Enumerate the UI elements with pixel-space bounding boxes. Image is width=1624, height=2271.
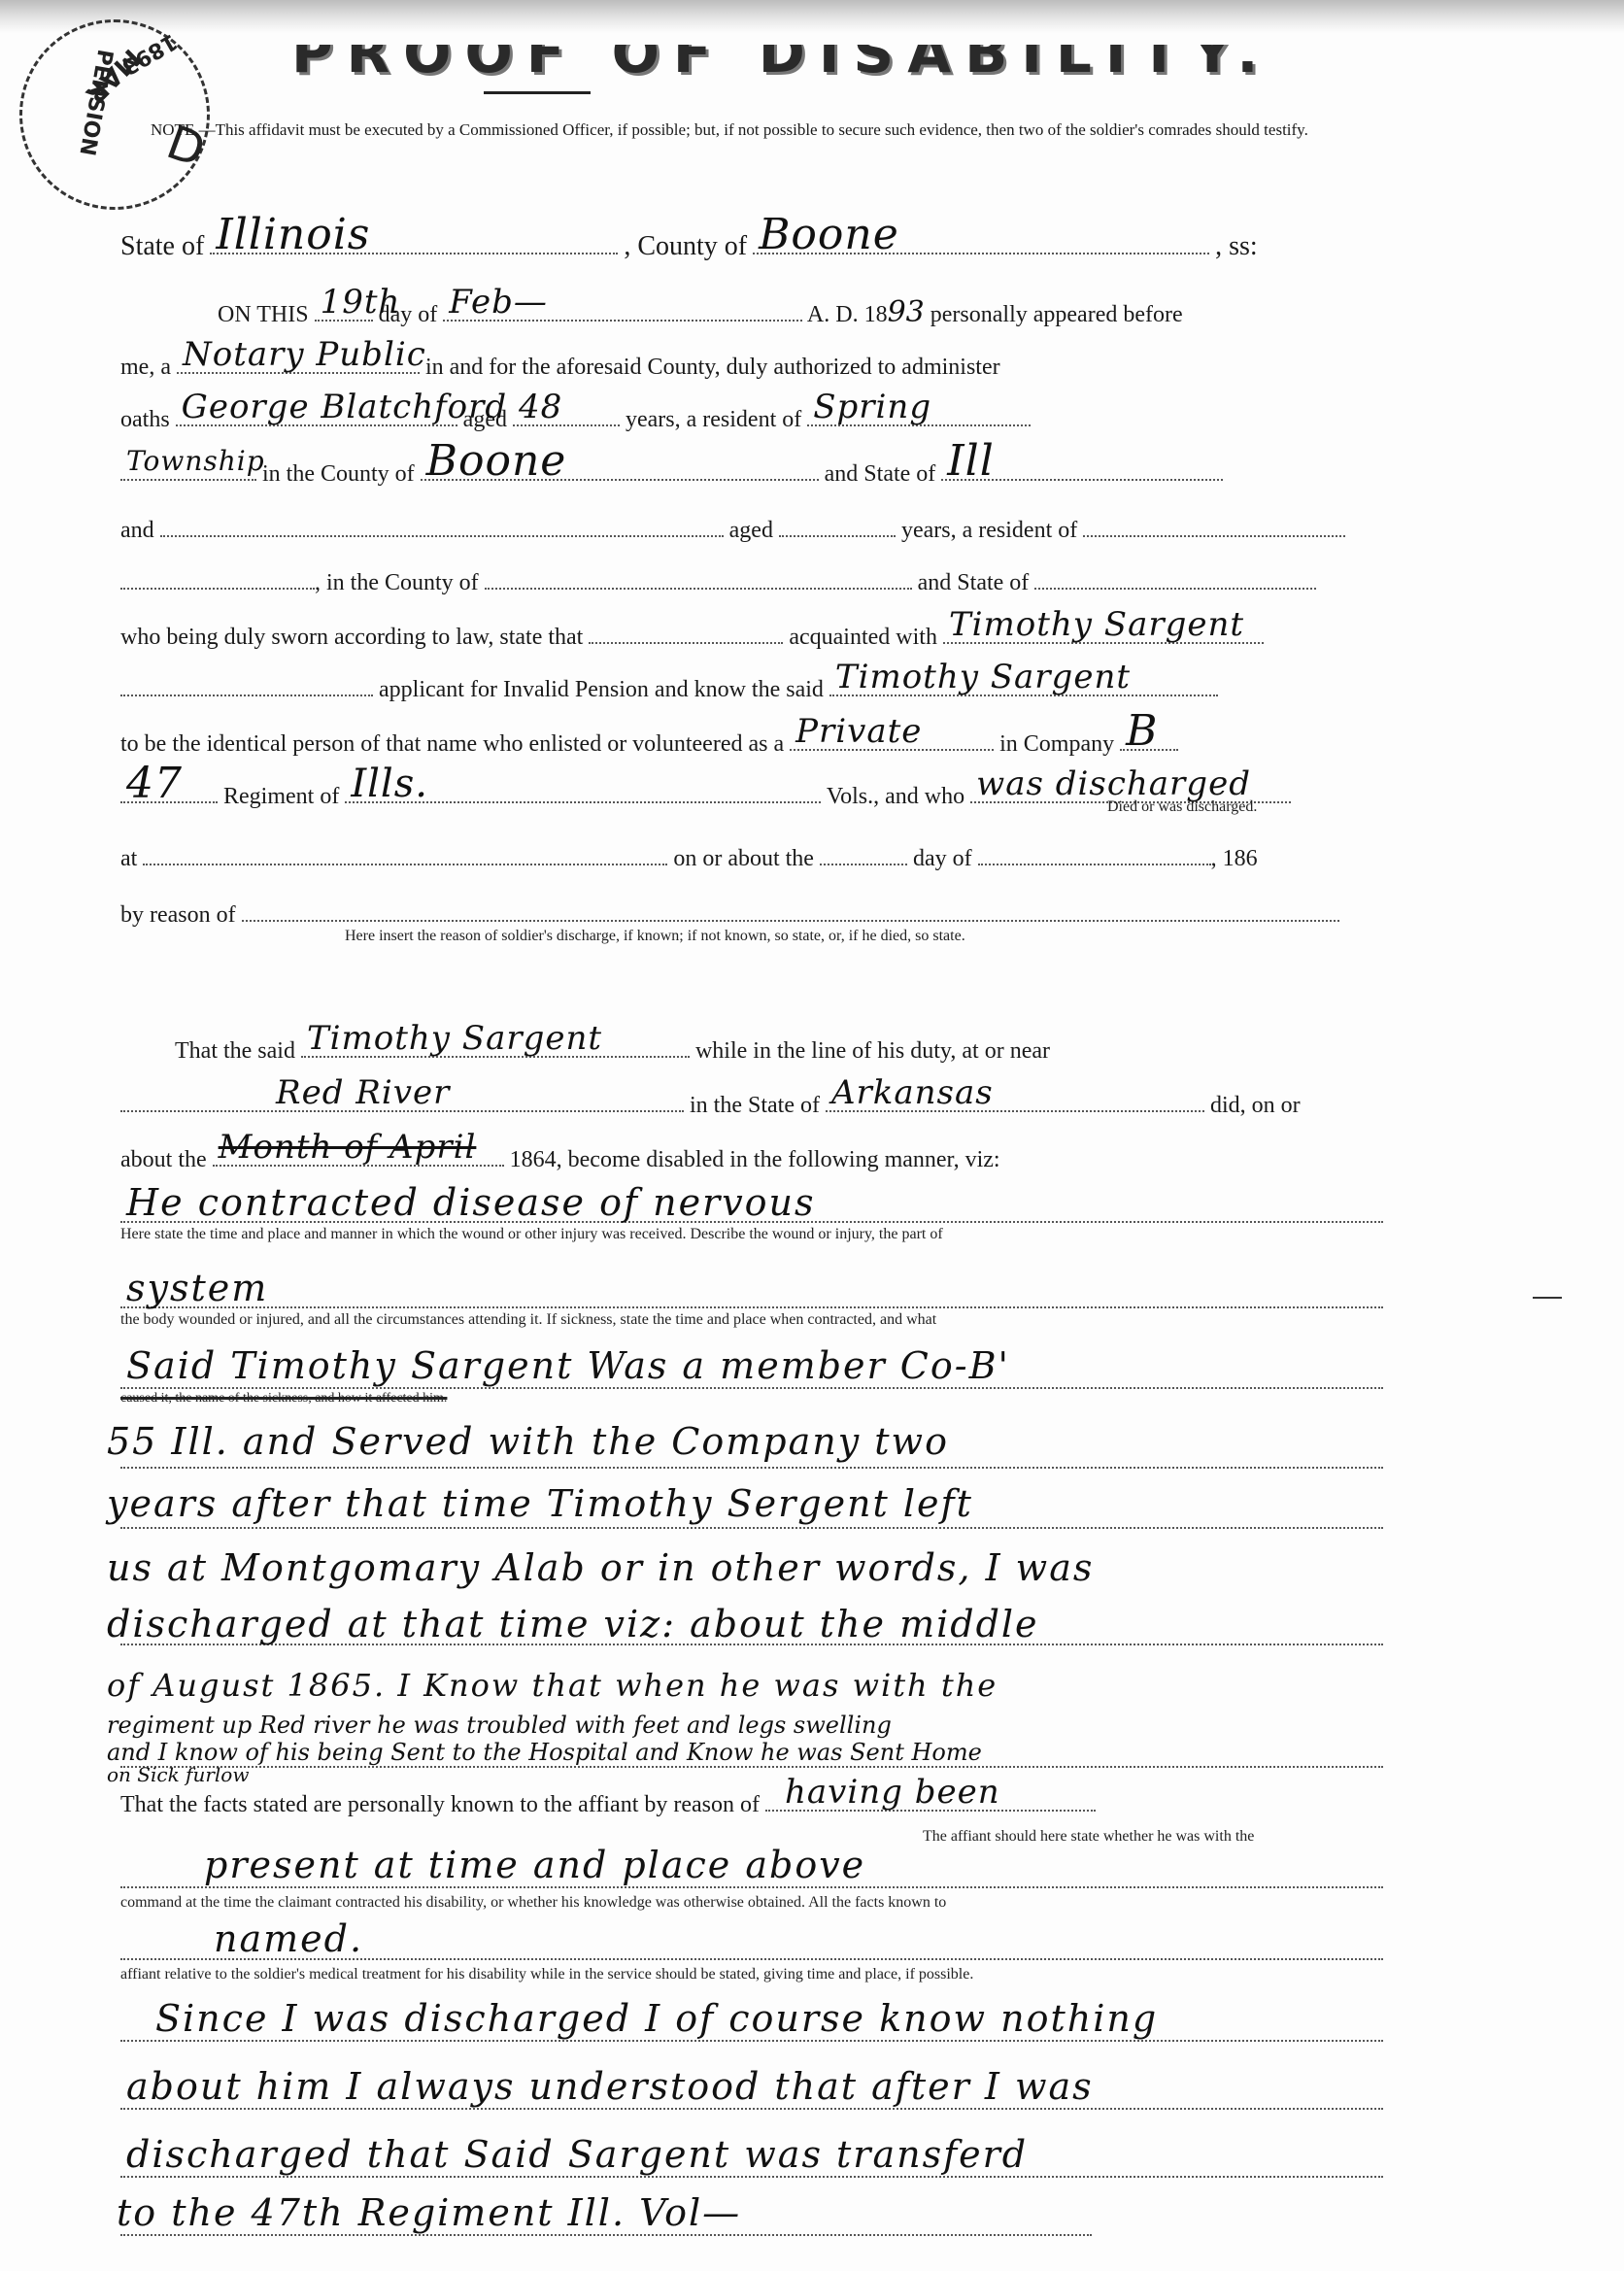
rank-value: Private — [795, 710, 922, 753]
closing-line-4: to the 47th Regiment Ill. Vol— — [117, 2191, 741, 2234]
affiant1-age: 48 — [519, 386, 562, 428]
closing-line-1: Since I was discharged I of course know … — [155, 1997, 1158, 2040]
day-value: 19th — [321, 281, 401, 323]
pension-office-stamp: PENSION MAR 1893 D — [19, 19, 210, 210]
resident-of-label: years, a resident of — [626, 407, 801, 432]
narrative-line-1: He contracted disease of nervous — [126, 1181, 816, 1224]
that-said-label: That the said — [175, 1038, 295, 1064]
affiant1-residence-field[interactable]: Spring — [807, 399, 1031, 426]
affiant2-county-field[interactable] — [485, 562, 912, 590]
narrative-line-9: regiment up Red river he was troubled wi… — [107, 1712, 892, 1739]
regiment-number-field[interactable]: 47 — [120, 776, 218, 803]
and-label: and — [120, 518, 154, 543]
and-state-of2-label: and State of — [918, 570, 1030, 595]
oaths-label: oaths — [120, 407, 170, 432]
regiment-number-value: 47 — [126, 763, 183, 805]
affiant1-county: Boone — [426, 440, 567, 483]
closing-line-3: discharged that Said Sargent was transfe… — [126, 2133, 1028, 2176]
affiant1-county-field[interactable]: Boone — [421, 454, 819, 481]
affiant1-state-field[interactable]: Ill — [941, 454, 1223, 481]
regiment-of-label: Regiment of — [223, 784, 339, 809]
place-line: Red River in the State of Arkansas did, … — [120, 1084, 1383, 1127]
become-disabled-label: , become disabled in the following manne… — [557, 1147, 1000, 1172]
narrative-rule-2 — [120, 1306, 1383, 1308]
margin-mark — [1533, 1297, 1562, 1299]
enlistment-line: to be the identical person of that name … — [120, 723, 1383, 765]
discharge-place-line: at on or about the day of , 186 — [120, 837, 1383, 880]
narrative-line-10: and I know of his being Sent to the Hosp… — [107, 1739, 982, 1766]
narrative-rule-3 — [120, 1387, 1383, 1389]
company-field[interactable]: B — [1120, 724, 1178, 751]
closing-rule-3 — [120, 2176, 1383, 2178]
acquaintance-duration-field[interactable] — [589, 617, 783, 644]
affiant1-name-field[interactable]: George Blatchford — [176, 399, 457, 426]
month-field[interactable]: Feb— — [443, 294, 802, 322]
month-value: Feb— — [449, 281, 548, 323]
knowledge-line: That the facts stated are personally kno… — [120, 1783, 1432, 1826]
regiment-state-value: Ills. — [351, 763, 428, 805]
and-state-of-label: and State of — [825, 461, 936, 487]
discharge-day-of-label: day of — [913, 846, 972, 871]
title-divider — [484, 91, 591, 94]
on-or-about-label: on or about the — [673, 846, 814, 871]
sworn-label: who being duly sworn according to law, s… — [120, 625, 583, 650]
closing-rule-1 — [120, 2040, 1383, 2042]
knowledge-field[interactable]: having been — [765, 1784, 1096, 1812]
affiant1-line: oaths George Blatchford aged 48 years, a… — [120, 398, 1383, 441]
injury-date-value: Month of April — [219, 1126, 477, 1169]
said-name-value: Timothy Sargent — [835, 656, 1131, 698]
appeared-label: personally appeared before — [930, 302, 1183, 327]
injury-hint-3-struck: caused it, the name of the sickness, and… — [120, 1391, 447, 1407]
rank-field[interactable]: Private — [790, 724, 994, 751]
in-state-of-label: in the State of — [690, 1093, 820, 1118]
affiant1-name: George Blatchford — [182, 386, 508, 428]
date-line: ON THIS 19th day of Feb— A. D. 1893 pers… — [218, 291, 1383, 334]
me-a-label: me, a — [120, 355, 171, 380]
narrative-line-2: system — [126, 1267, 268, 1309]
vols-label: Vols., and who — [827, 784, 964, 809]
stamp-year-text: 1893 — [118, 28, 182, 79]
injury-place-value: Red River — [276, 1071, 450, 1114]
affiant2-county-line: , in the County of and State of — [120, 561, 1383, 604]
affiant1-state: Ill — [947, 440, 995, 483]
officer-field[interactable]: Notary Public — [177, 347, 420, 374]
closing-rule-4 — [120, 2234, 1092, 2236]
injury-state-value: Arkansas — [831, 1071, 994, 1114]
affidavit-page: PENSION MAR 1893 D PROOF OF DISABILITY. … — [0, 0, 1624, 2271]
affiant2-line: and aged years, a resident of — [120, 509, 1383, 552]
injury-place-field[interactable]: Red River — [120, 1085, 684, 1112]
did-on-or-label: did, on or — [1210, 1093, 1301, 1118]
officer-value: Notary Public — [183, 333, 426, 376]
discharge-month-field[interactable] — [978, 838, 1211, 865]
disabled-name-field[interactable]: Timothy Sargent — [301, 1031, 690, 1058]
affiant2-age-field[interactable] — [779, 510, 896, 537]
about-the-label: about the — [120, 1147, 207, 1172]
acquainted-label: acquainted with — [789, 625, 937, 650]
narrative-line-3: Said Timothy Sargent Was a member Co-B' — [126, 1344, 1010, 1387]
resident-of2-label: years, a resident of — [901, 518, 1077, 543]
injury-year: 1864 — [510, 1147, 557, 1172]
narrative-line-6: us at Montgomary Alab or in other words,… — [107, 1546, 1094, 1589]
ad-label: A. D. 18 — [807, 302, 888, 327]
ss-label: , ss: — [1215, 231, 1258, 261]
affiant1-county-line: Township in the County of Boone and Stat… — [120, 453, 1383, 495]
on-this-label: ON THIS — [218, 302, 309, 327]
narrative-rule-10 — [120, 1766, 1383, 1768]
knowledge-value-3: named. — [214, 1917, 363, 1960]
applicant-label: applicant for Invalid Pension and know t… — [379, 677, 824, 702]
acquainted-value: Timothy Sargent — [949, 603, 1244, 646]
company-value: B — [1126, 710, 1158, 753]
narrative-line-5: years after that time Timothy Sergent le… — [107, 1482, 973, 1525]
knowledge-rule-2 — [120, 1886, 1383, 1888]
in-county-of2-label: , in the County of — [315, 570, 479, 595]
knowledge-hint-1: The affiant should here state whether he… — [923, 1828, 1254, 1846]
applicant-prefix-field[interactable] — [120, 669, 373, 696]
reason-field[interactable] — [242, 895, 1339, 922]
injury-date-line: about the Month of April 1864, become di… — [120, 1138, 1383, 1181]
reason-hint: Here insert the reason of soldier's disc… — [345, 928, 965, 945]
narrative-rule-5 — [120, 1527, 1383, 1529]
knowledge-hint-2: command at the time the claimant contrac… — [120, 1894, 946, 1912]
affiant2-state-field[interactable] — [1034, 562, 1316, 590]
narrative-line-4: 55 Ill. and Served with the Company two — [107, 1420, 949, 1463]
affiant1-township: Township — [126, 440, 265, 483]
scan-smudge — [0, 0, 1624, 33]
knowledge-hint-3: affiant relative to the soldier's medica… — [120, 1966, 973, 1983]
status-hint: Died or was discharged. — [1107, 798, 1257, 816]
affiant1-township-field[interactable]: Township — [120, 454, 256, 481]
year-value: 93 — [888, 295, 925, 329]
knowledge-value-1: having been — [785, 1771, 1000, 1813]
authorized-label: in and for the aforesaid County, duly au… — [425, 355, 1000, 380]
at-label: at — [120, 846, 137, 871]
county-field[interactable]: Boone — [753, 227, 1209, 254]
county-value: Boone — [759, 214, 899, 256]
injury-date-field[interactable]: Month of April — [213, 1139, 504, 1167]
state-label: State of — [120, 231, 204, 261]
year-prefix-label: , 186 — [1211, 846, 1258, 871]
injury-hint-1: Here state the time and place and manner… — [120, 1226, 943, 1243]
county-label: , County of — [624, 231, 747, 261]
affiant1-age-field[interactable]: 48 — [513, 399, 620, 426]
knowledge-value-2: present at time and place above — [204, 1844, 865, 1886]
form-note: NOTE.—This affidavit must be executed by… — [151, 117, 1413, 143]
narrative-line-8: of August 1865. I Know that when he was … — [107, 1667, 998, 1704]
in-county-of-label: in the County of — [262, 461, 415, 487]
discharge-day-field[interactable] — [820, 838, 907, 865]
identical-label: to be the identical person of that name … — [120, 731, 784, 757]
affiant1-residence: Spring — [813, 386, 931, 428]
venue-line: State of Illinois , County of Boone , ss… — [120, 225, 1383, 268]
in-company-label: in Company — [999, 731, 1114, 757]
narrative-line-7: discharged at that time viz: about the m… — [107, 1603, 1039, 1645]
affiant2-name-field[interactable] — [160, 510, 724, 537]
said-name-field[interactable]: Timothy Sargent — [829, 669, 1218, 696]
knowledge-label: That the facts stated are personally kno… — [120, 1792, 760, 1817]
that-said-line: That the said Timothy Sargent while in t… — [175, 1030, 1389, 1072]
sworn-line: who being duly sworn according to law, s… — [120, 616, 1383, 659]
affiant2-township-field[interactable] — [120, 562, 315, 590]
state-value: Illinois — [216, 214, 370, 256]
injury-state-field[interactable]: Arkansas — [826, 1085, 1204, 1112]
applicant-line: applicant for Invalid Pension and know t… — [120, 668, 1383, 711]
acquainted-field[interactable]: Timothy Sargent — [943, 617, 1264, 644]
day-field[interactable]: 19th — [315, 294, 373, 322]
injury-hint-2: the body wounded or injured, and all the… — [120, 1311, 936, 1329]
closing-rule-2 — [120, 2108, 1383, 2110]
regiment-state-field[interactable]: Ills. — [345, 776, 821, 803]
affiant2-residence-field[interactable] — [1083, 510, 1345, 537]
discharge-place-field[interactable] — [143, 838, 667, 865]
officer-line: me, a Notary Public in and for the afore… — [120, 346, 1383, 389]
aged2-label: aged — [729, 518, 773, 543]
line-of-duty-label: while in the line of his duty, at or nea… — [695, 1038, 1050, 1064]
disabled-name-value: Timothy Sargent — [307, 1017, 602, 1060]
narrative-rule-4 — [120, 1467, 1383, 1469]
by-reason-label: by reason of — [120, 902, 236, 928]
state-field[interactable]: Illinois — [210, 227, 618, 254]
closing-line-2: about him I always understood that after… — [126, 2065, 1094, 2108]
